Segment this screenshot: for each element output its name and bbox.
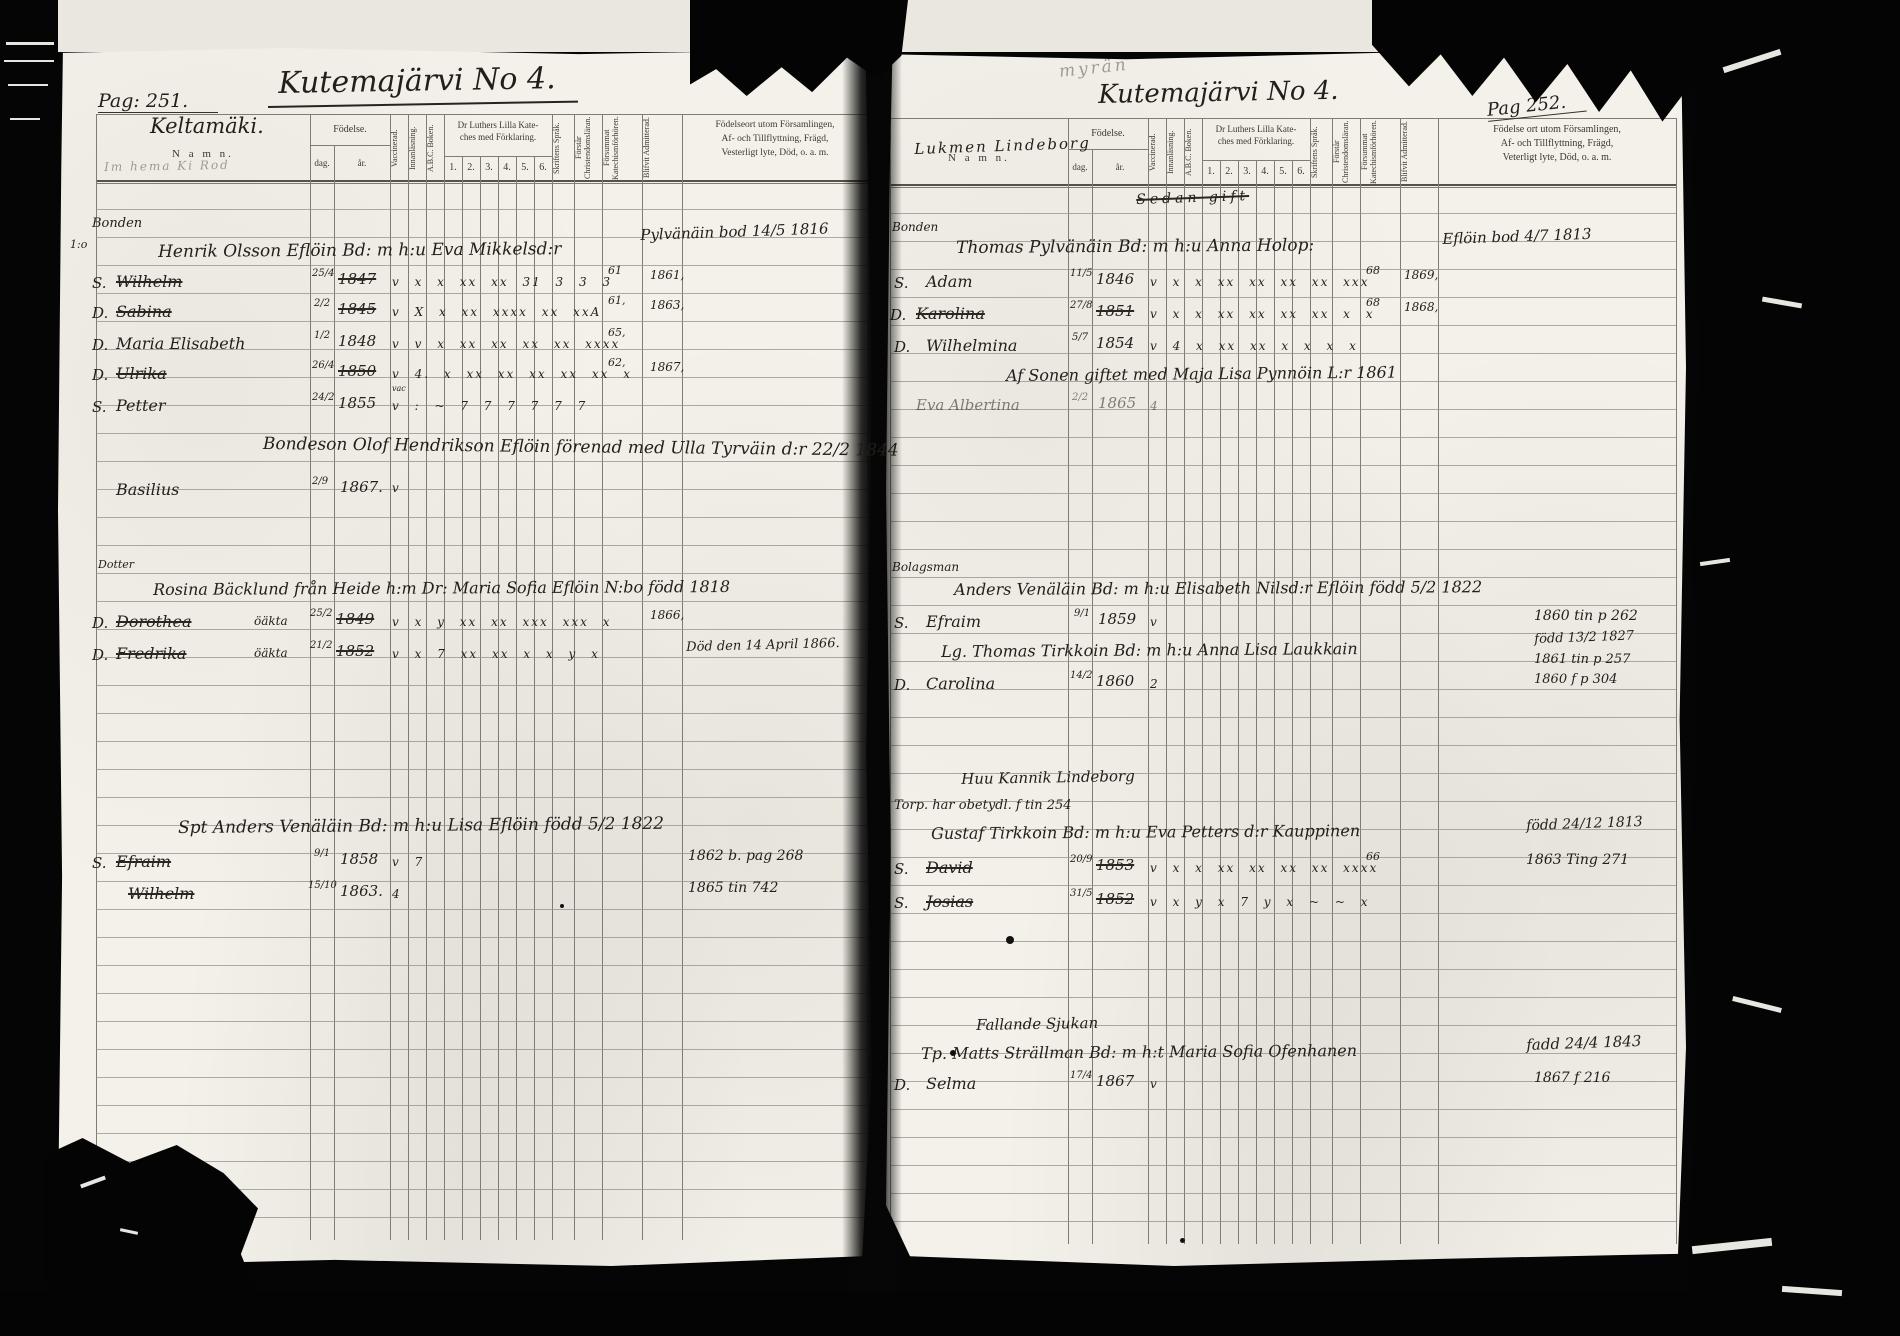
birth-day: 15/10 xyxy=(308,880,337,891)
table-top-border xyxy=(890,118,1676,119)
child-name: Selma xyxy=(926,1074,976,1093)
child-prefix: D. xyxy=(92,336,108,354)
scan-scratch xyxy=(10,118,40,120)
child-name: Fredrika xyxy=(116,644,186,663)
birth-year: 1867. xyxy=(340,478,383,496)
ink-dot xyxy=(560,904,564,908)
village-name: Keltamäki. xyxy=(150,114,264,138)
kateches-marks: v x y xx xx xxx xxx x xyxy=(392,615,611,629)
birth-day: 2/2 xyxy=(314,298,330,309)
row-marker: 1:o xyxy=(70,238,87,251)
child-name: Wilhelm xyxy=(128,884,194,903)
wide-note: 1865 tin 742 xyxy=(688,880,778,896)
birth-day: 11/5 xyxy=(1070,268,1092,279)
page-title: Kutemajärvi No 4. xyxy=(278,61,556,101)
title-underline-stroke xyxy=(268,101,578,108)
kateches-num-5: 5. xyxy=(516,162,534,173)
kateches-marks: v xyxy=(392,481,401,495)
kateches-marks: v 4. x xx xx xx xx xx x xyxy=(392,367,632,381)
dag-header: dag. xyxy=(1068,162,1092,172)
kateches-header-line1: Dr Luthers Lilla Kate- xyxy=(1202,124,1310,134)
blifvit-header: Blifvit Admitterad. xyxy=(1400,120,1438,184)
child-name: Karolina xyxy=(916,304,985,323)
child-prefix: S. xyxy=(92,274,107,292)
kateches-header-line2: ches med Förklaring. xyxy=(444,132,552,142)
birth-year: 1858 xyxy=(340,850,378,868)
birth-note: öäkta xyxy=(254,646,288,660)
blifvit-value: 1861, xyxy=(650,268,684,282)
wide-note: 1867 f 216 xyxy=(1534,1070,1610,1086)
section-label: Bolagsman xyxy=(892,560,959,574)
kateches-marks: 2 xyxy=(1150,677,1160,691)
kateches-marks: v x x xx xx xx xx xxx xyxy=(1150,275,1369,289)
bolag-family-line: Anders Venäläin Bd: m h:u Elisabeth Nils… xyxy=(954,577,1482,599)
scan-scratch xyxy=(6,42,54,45)
page-number: Pag: 251. xyxy=(98,90,218,113)
kateches-marks: v X x xx xxxx xx xxA xyxy=(392,305,601,319)
birth-day: 17/4 xyxy=(1070,1070,1092,1081)
scan-edge-bottom xyxy=(0,1292,1900,1336)
marriage-note: Af Sonen giftet med Maja Lisa Pynnöin L:… xyxy=(1006,363,1397,385)
birth-year: 1851 xyxy=(1096,302,1134,320)
birth-year: 1853 xyxy=(1096,856,1134,874)
wide-header-line1: Födelse ort utom Församlingen, xyxy=(1438,124,1676,135)
child-prefix: D. xyxy=(92,614,108,632)
birth-year: 1847 xyxy=(338,270,376,288)
page-title: Kutemajärvi No 4. xyxy=(1098,76,1339,110)
birth-year: 1845 xyxy=(338,300,376,318)
kateches-num-5: 5. xyxy=(1274,166,1292,177)
occupation-label: Bonden xyxy=(92,216,142,231)
skriftens-sprak-header: Skriftens Språk. xyxy=(1310,120,1332,184)
right-page: N a m n. Födelse. dag. år. Vaccinerad. I… xyxy=(886,52,1686,1266)
kateches-header-line2: ches med Förklaring. xyxy=(1202,136,1310,146)
forsummat-value: 62, xyxy=(608,356,626,369)
child-name: David xyxy=(926,858,973,877)
kateches-marks: v x y x 7 y x ~ ~ x xyxy=(1150,895,1369,909)
kateches-marks: v 4 x xx xx x x x x xyxy=(1150,339,1358,353)
birth-day: 5/7 xyxy=(1072,332,1088,343)
wide-header-line3: Vesterligt lyte, Död, o. a. m. xyxy=(682,148,868,158)
dag-header: dag. xyxy=(310,158,334,168)
kateches-marks: v xyxy=(1150,1077,1159,1091)
birth-day: 25/2 xyxy=(310,608,332,619)
forsummat-value: 65, xyxy=(608,326,626,339)
kateches-marks: v xyxy=(1150,615,1159,629)
vaccinerad-header: Vaccinerad. xyxy=(390,116,408,180)
kateches-marks: v v x xx xx xx xx xxxx xyxy=(392,337,620,351)
forstar-header: Förstår Christendomsläran. xyxy=(1332,120,1360,184)
birth-year: 1846 xyxy=(1096,270,1134,288)
scan-scratch xyxy=(4,60,54,62)
wide-note: 1863 Ting 271 xyxy=(1526,852,1629,868)
top-scribble: myrän xyxy=(1058,55,1130,82)
birth-year: 1848 xyxy=(338,332,376,350)
forstar-header: Förstår Christendomsläran. xyxy=(574,116,602,180)
blifvit-value: 1866, xyxy=(650,608,684,622)
birth-day: 9/1 xyxy=(314,848,330,859)
kateches-marks: v : ~ 7 7 7 7 7 7 xyxy=(392,399,587,413)
birth-note: öäkta xyxy=(254,614,288,628)
wide-note: 1860 tin p 262 xyxy=(1534,608,1638,624)
child-name: Efraim xyxy=(116,852,171,871)
birth-day: 25/4 xyxy=(312,268,334,279)
birth-year: 1852 xyxy=(1096,890,1134,908)
child-name: Efraim xyxy=(926,612,981,631)
spt-family-line: Spt Anders Venäläin Bd: m h:u Lisa Eflöi… xyxy=(178,814,664,838)
wide-header-line1: Födelseort utom Församlingen, xyxy=(682,120,868,130)
fodelse-header: Födelse. xyxy=(310,124,390,135)
kateches-num-2: 2. xyxy=(1220,166,1238,177)
wide-note: 1860 f p 304 xyxy=(1534,672,1617,687)
table-right-border xyxy=(1676,118,1677,1244)
birth-day: 26/4 xyxy=(312,360,334,371)
kateches-num-1: 1. xyxy=(444,162,462,173)
section-heading: Huu Kannik Lindeborg xyxy=(961,767,1135,788)
fodelse-underline xyxy=(310,145,390,146)
birth-day: 27/8 xyxy=(1070,300,1092,311)
wide-header-line2: Af- och Tillflyttning, Frägd, xyxy=(1438,138,1676,149)
child-name: Basilius xyxy=(116,480,179,499)
vaccinerad-header: Vaccinerad. xyxy=(1148,120,1166,184)
wide-header-line3: Veterligt lyte, Död, o. a. m. xyxy=(1438,152,1676,163)
kateches-marks: v x 7 xx xx x x y x xyxy=(392,647,600,661)
blifvit-value: 1867, xyxy=(650,360,684,374)
child-prefix: D. xyxy=(92,304,108,322)
kateches-marks: 4 xyxy=(1150,399,1160,413)
birth-year: 1855 xyxy=(338,394,376,412)
forsummat-value: 61, xyxy=(608,294,626,307)
birth-year: 1859 xyxy=(1098,610,1136,628)
abc-boken-header: A.B.C. Boken. xyxy=(1184,120,1202,184)
forsummat-header: Försummat Katechismförhören. xyxy=(602,116,642,180)
wide-header-line2: Af- och Tillflyttning, Frägd, xyxy=(682,134,868,144)
book-gutter-shadow xyxy=(842,36,902,1336)
birth-day: 2/2 xyxy=(1072,392,1088,403)
birth-day: 31/5 xyxy=(1070,888,1092,899)
forsummat-value: 61 xyxy=(608,264,622,277)
forsummat-value: 66 xyxy=(1366,850,1380,863)
kateches-marks: v x x xx xx 31 3 3 3 xyxy=(392,275,612,289)
innanlasning-header: Innanläsning. xyxy=(408,116,426,180)
wide-note: 1861 tin p 257 xyxy=(1534,652,1630,667)
gustaf-family-line: Gustaf Tirkkoin Bd: m h:u Eva Petters d:… xyxy=(931,821,1360,843)
birth-year: 1860 xyxy=(1096,672,1134,690)
vac-note: vac xyxy=(392,384,406,393)
child-prefix: D. xyxy=(92,366,108,384)
child-name: Maria Elisabeth xyxy=(116,334,245,353)
wide-note: 1862 b. pag 268 xyxy=(688,848,803,864)
kateches-marks: 4 xyxy=(392,887,402,901)
scan-edge-right xyxy=(1686,0,1900,1336)
birth-day: 14/2 xyxy=(1070,670,1092,681)
section-label: Dotter xyxy=(98,558,134,571)
child-name: Carolina xyxy=(926,674,995,693)
birth-year: 1867 xyxy=(1096,1072,1134,1090)
child-name: Ulrika xyxy=(116,364,167,383)
birth-day: 21/2 xyxy=(310,640,332,651)
ar-header: år. xyxy=(334,158,390,168)
section-heading: Fallande Sjukan xyxy=(976,1014,1098,1034)
birth-day: 20/9 xyxy=(1070,854,1092,865)
birth-year: 1852 xyxy=(336,642,374,660)
family-head-line: Thomas Pylvänäin Bd: m h:u Anna Holop: xyxy=(956,235,1314,257)
dotter-family-line: Rosina Bäcklund från Heide h:m Dr: Maria… xyxy=(153,577,730,599)
kateches-num-4: 4. xyxy=(498,162,516,173)
birth-day: 1/2 xyxy=(314,330,330,341)
ink-dot xyxy=(1006,936,1014,944)
scanned-church-record: N a m n. Födelse. dag. år. Vaccinerad. I… xyxy=(0,0,1900,1336)
ink-dot xyxy=(950,1050,956,1056)
kateches-num-4: 4. xyxy=(1256,166,1274,177)
birth-year: 1863. xyxy=(340,882,383,900)
blifvit-value: 1869, xyxy=(1404,268,1438,282)
child-name: Petter xyxy=(116,396,166,415)
abc-boken-header: A.B.C. Boken. xyxy=(426,116,444,180)
birth-year: 1865 xyxy=(1098,394,1136,412)
kateches-num-3: 3. xyxy=(1238,166,1256,177)
tp-family-line: Tp. Matts Strällman Bd: m h:t Maria Sofi… xyxy=(921,1041,1357,1063)
child-name: Dorothea xyxy=(116,612,191,631)
blifvit-value: 1863, xyxy=(650,298,684,312)
scan-scratch xyxy=(8,84,48,86)
birth-day: 2/9 xyxy=(312,476,328,487)
family-head-line: Henrik Olsson Eflöin Bd: m h:u Eva Mikke… xyxy=(158,239,561,262)
kateches-num-2: 2. xyxy=(462,162,480,173)
kateches-marks: v x x xx xx xx xx xxxx xyxy=(1150,861,1378,875)
kateches-num-1: 1. xyxy=(1202,166,1220,177)
kateches-num-6: 6. xyxy=(534,162,552,173)
child-name: Eva Albertina xyxy=(916,396,1020,414)
kateches-header-line1: Dr Luthers Lilla Kate- xyxy=(444,120,552,130)
innanlasning-header: Innanläsning. xyxy=(1166,120,1184,184)
torp-note: Torp. har obetydl. f tin 254 xyxy=(894,798,1072,813)
namn-scribble-note: Im hema Ki Rod xyxy=(104,158,230,174)
birth-year: 1849 xyxy=(336,610,374,628)
child-name: Josias xyxy=(926,892,973,911)
blifvit-value: 1868, xyxy=(1404,300,1438,314)
child-prefix: S. xyxy=(92,854,107,872)
child-name: Wilhelm xyxy=(116,272,182,291)
birth-day: 24/2 xyxy=(312,392,334,403)
birth-year: 1854 xyxy=(1096,334,1134,352)
birth-year: 1850 xyxy=(338,362,376,380)
left-page: N a m n. Födelse. dag. år. Vaccinerad. I… xyxy=(58,48,872,1266)
ar-header: år. xyxy=(1092,162,1148,172)
child-name: Sabina xyxy=(116,302,172,321)
ink-dot xyxy=(1180,1238,1185,1243)
forsummat-value: 68 xyxy=(1366,296,1380,309)
blifvit-header: Blifvit Admitterad. xyxy=(642,116,682,180)
forsummat-value: 68 xyxy=(1366,264,1380,277)
kateches-num-6: 6. xyxy=(1292,166,1310,177)
child-prefix: D. xyxy=(92,646,108,664)
kateches-num-3: 3. xyxy=(480,162,498,173)
lg-family-line: Lg. Thomas Tirkkoin Bd: m h:u Anna Lisa … xyxy=(941,639,1358,661)
child-prefix: S. xyxy=(92,398,107,416)
child-name: Adam xyxy=(926,272,973,291)
kateches-marks: v 7 xyxy=(392,855,424,869)
forsummat-header: Försummat Katechismförhören. xyxy=(1360,120,1400,184)
child-name: Wilhelmina xyxy=(926,336,1017,355)
kateches-marks: v x x xx xx xx xx x x xyxy=(1150,307,1375,321)
skriftens-sprak-header: Skriftens Språk. xyxy=(552,116,574,180)
birth-day: 9/1 xyxy=(1074,608,1090,619)
